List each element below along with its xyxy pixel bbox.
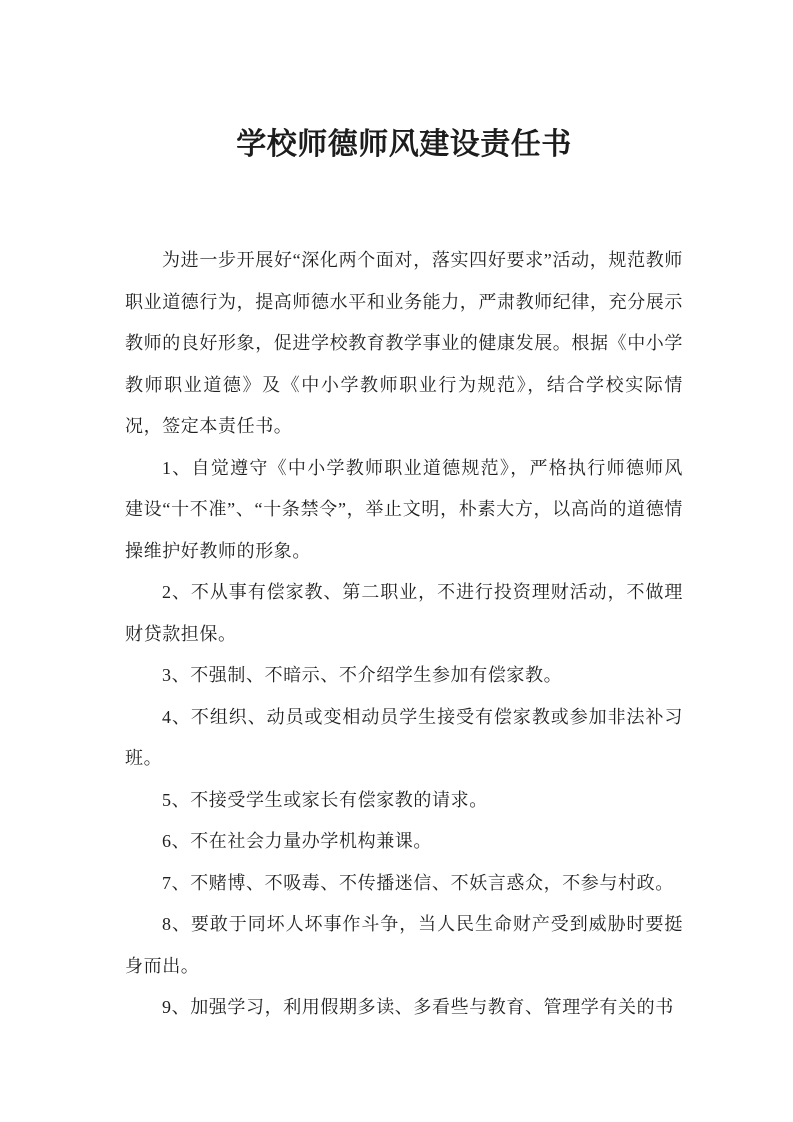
item-paragraph-4: 4、不组织、动员或变相动员学生接受有偿家教或参加非法补习班。 [125, 697, 683, 780]
item-paragraph-3: 3、不强制、不暗示、不介绍学生参加有偿家教。 [125, 655, 683, 697]
item-paragraph-5: 5、不接受学生或家长有偿家教的请求。 [125, 780, 683, 822]
item-paragraph-9: 9、加强学习，利用假期多读、多看些与教育、管理学有关的书 [125, 987, 683, 1029]
item-paragraph-8: 8、要敢于同坏人坏事作斗争，当人民生命财产受到威胁时要挺身而出。 [125, 904, 683, 987]
item-paragraph-7: 7、不赌博、不吸毒、不传播迷信、不妖言惑众，不参与村政。 [125, 863, 683, 905]
document-page: 学校师德师风建设责任书 为进一步开展好“深化两个面对，落实四好要求”活动，规范教… [0, 0, 793, 1122]
intro-paragraph: 为进一步开展好“深化两个面对，落实四好要求”活动，规范教师职业道德行为，提高师德… [125, 240, 683, 448]
item-paragraph-2: 2、不从事有偿家教、第二职业，不进行投资理财活动，不做理财贷款担保。 [125, 572, 683, 655]
item-paragraph-6: 6、不在社会力量办学机构兼课。 [125, 821, 683, 863]
document-body: 为进一步开展好“深化两个面对，落实四好要求”活动，规范教师职业道德行为，提高师德… [125, 240, 683, 1029]
document-title: 学校师德师风建设责任书 [125, 129, 683, 161]
item-paragraph-1: 1、自觉遵守《中小学教师职业道德规范》，严格执行师德师风建设“十不准”、“十条禁… [125, 448, 683, 573]
